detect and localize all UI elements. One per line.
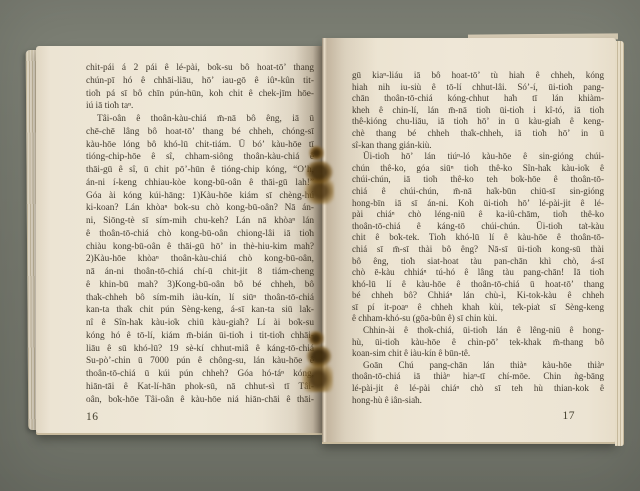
text-line: kan-ta tha̍k chit pún Sèng-keng, á-sī ka… xyxy=(86,304,314,317)
text-line: liāu ê sū khó-lū? 19 sè-kí chhut-miâ ê k… xyxy=(86,343,314,356)
text-line: chiá sī m̄-sī thài bô êng? Nā-sī ūi-tio̍… xyxy=(352,244,604,256)
text-line: Ūi-tio̍h hō’ lán tiúⁿ-ló kàu-hōe ê sin-g… xyxy=(352,151,604,163)
text-line: 2)Kàu-hōe khòaⁿ thoân-kàu-chiá chò kong-… xyxy=(86,253,314,266)
text-line: thāi-gū ê sî, ū chit pō’-hūn ê tióng-chi… xyxy=(86,164,314,177)
text-line: tha̍k-chheh bô sím-mih iàu-kín, lí siūⁿ … xyxy=(86,292,314,305)
text-line: oân, bo̍k-hōe Tâi-oân ê kàu-hōe niá hiān… xyxy=(86,394,314,407)
text-line: Góa ài kóng kúi-hāng: 1)Kàu-hōe kiám sī … xyxy=(86,190,314,203)
text-line: ê thoân-tō-chiá chò kong-bū-oân chiong-l… xyxy=(86,228,314,241)
text-line: gū kiaⁿ-liáu iā bô hoat-tō’ tù hiah ê ch… xyxy=(352,70,604,82)
text-line: sî-kan thang gián-kiù. xyxy=(352,140,604,152)
text-line: ê chham-khó-su (gōa-bûn ê) sī chin kùi. xyxy=(352,313,604,325)
text-line: Su-pò’-chin ū 7000 pún ê chông-su, lán k… xyxy=(86,355,314,368)
text-line: chúi-chún, iā tio̍h thê-ko teh bo̍k-hōe … xyxy=(352,174,604,186)
text-line: chiàu kong-bū-oân ê thāi-gū hō’ in thè-h… xyxy=(86,241,314,254)
text-line: chún thê-ko, góa siūⁿ tio̍h thê-ko Sîn-h… xyxy=(352,163,604,175)
text-line: chē-chē lâng bô hoat-tō’ thang bé chheh,… xyxy=(86,126,314,139)
text-line: bé chheh bô? Chhiáⁿ lán chù-ì, Ki-tok-kà… xyxy=(352,290,604,302)
text-line: tio̍h pá sī bô chīn pún-hūn, koh chit ê … xyxy=(86,88,314,101)
text-line: thoân-tō-chiá iā thiàⁿ hiaⁿ-tī chí-mōe. … xyxy=(352,371,604,383)
book: chit-pái á 2 pái ê lé-pài, bo̍k-su bô ho… xyxy=(0,0,640,491)
text-line: tióng-chip-hōe ê sî, chham-siông thoân-k… xyxy=(86,151,314,164)
photo-of-open-book: chit-pái á 2 pái ê lé-pài, bo̍k-su bô ho… xyxy=(0,0,640,491)
text-line: hiān-tāi ê Kat-lí-hān phok-sū, nā chhut-… xyxy=(86,381,314,394)
text-line: kheh ê chin-lí, lán m̄-nā tio̍h ūi-tio̍h… xyxy=(352,105,604,117)
text-line: thoân-tō-chiá ê káng-tō chúi-chún. Ūi-ti… xyxy=(352,221,604,233)
left-page: chit-pái á 2 pái ê lé-pài, bo̍k-su bô ho… xyxy=(36,46,322,433)
text-line: Chhin-ài ê tho̍k-chiá, ūi-tio̍h lán ê lê… xyxy=(352,325,604,337)
text-line: koan-sim chit ê iàu-kín ê būn-tê. xyxy=(352,348,604,360)
text-line: lé-pài-jit ê lé-pài chiáⁿ chò sī teh hù … xyxy=(352,383,604,395)
left-page-text: chit-pái á 2 pái ê lé-pài, bo̍k-su bô ho… xyxy=(86,62,314,406)
text-line: nā án-ni thoân-tō-chiá chí-ū chit-jit 8 … xyxy=(86,266,314,279)
right-page-text: gū kiaⁿ-liáu iā bô hoat-tō’ tù hiah ê ch… xyxy=(352,70,604,406)
text-line: kàu-hōe lóng bô khó-lū chit-tiám. Ū bó’ … xyxy=(86,139,314,152)
text-line: khó-lū lí ê kàu-hōe ê thoân-tō-chiá ū ho… xyxy=(352,279,604,291)
text-line: chit ê bo̍k-tek. Tio̍h khó-lū lí ê kàu-h… xyxy=(352,232,604,244)
text-line: bô êng, tio̍h siat-hoat tàu pan-chān khì… xyxy=(352,256,604,268)
text-line: iú iā tio̍h taⁿ. xyxy=(86,100,314,113)
text-line: án-ni í-keng chhiau-kòe kong-bū-oân ê th… xyxy=(86,177,314,190)
text-line: chún-pī hó ê chhāi-liāu, hō’ iau-gō ê iû… xyxy=(86,75,314,88)
right-page: gū kiaⁿ-liáu iā bô hoat-tō’ tù hiah ê ch… xyxy=(322,38,616,442)
right-page-number: 17 xyxy=(563,410,576,422)
text-line: ni, Siōng-tè sī sím-mih chu-keh? Lán nā … xyxy=(86,215,314,228)
text-line: Goān Chú pang-chān lán thiàⁿ kàu-hōe thi… xyxy=(352,360,604,372)
text-line: hù, ūi-tio̍h kàu-hōe ê chìn-pō’ tek-khak… xyxy=(352,337,604,349)
text-line: ki-koan? Lán khòaⁿ bo̍k-su chò kong-bū-o… xyxy=(86,202,314,215)
text-line: hong-bīn iā sī án-ni. Koh ūi-tio̍h hō’ l… xyxy=(352,198,604,210)
text-line: chò ē-kàu chhiáⁿ tú-hó ê lâng tàu pang-c… xyxy=(352,267,604,279)
text-line: Tâi-oân ê thoân-kàu-chiá m̄-nā bô êng, i… xyxy=(86,113,314,126)
text-line: hiah nih iu-siù ê tō-lí chhut-lâi. Só’-í… xyxy=(352,82,604,94)
text-line: chit-pái á 2 pái ê lé-pài, bo̍k-su bô ho… xyxy=(86,62,314,75)
text-line: chiá ê chúi-chún, m̄-nā ha̍k-būn chiū-sī… xyxy=(352,186,604,198)
text-line: chè thang bé chheh tha̍k-chheh, iā tio̍h… xyxy=(352,128,604,140)
text-line: sī pí it-poaⁿ ê chheh khah kùi, te̍k-pia… xyxy=(352,302,604,314)
text-line: nî ê Sîn-ha̍k kàu-io̍k chiū kàu-gia̍h? L… xyxy=(86,317,314,330)
text-line: thoân-tō-chiá ū kúi pún chheh? Góa hó-tá… xyxy=(86,368,314,381)
text-line: kóng hó ê tō-lí, kiám m̄-bián ūi-tio̍h i… xyxy=(86,330,314,343)
text-line: hong-hù ê iân-sia̍h. xyxy=(352,395,604,407)
text-line: thê-kióng chu-liāu, iā tio̍h hō’ in ū kà… xyxy=(352,116,604,128)
text-line: chān thoân-tō-chiá kóng-chhut ha̍h tī lá… xyxy=(352,93,604,105)
left-page-number: 16 xyxy=(86,411,99,423)
text-line: pài chiáⁿ chò léng-niū ê ka-iû-chām, tio… xyxy=(352,209,604,221)
text-line: ê khin-bū mah? 3)Kong-bū-oân bô bé chheh… xyxy=(86,279,314,292)
